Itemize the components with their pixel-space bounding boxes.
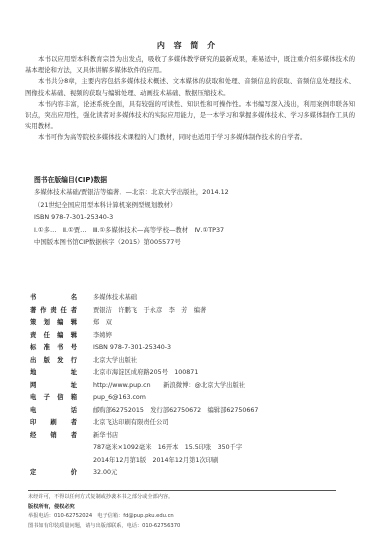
colophon-row: 经销者新华书店 [30, 430, 350, 443]
colophon-label-char: 策 [30, 317, 36, 330]
colophon-label: 标准书号 [30, 342, 77, 355]
colophon-label-char: 辑 [71, 317, 77, 330]
colophon-label-char: 书 [30, 292, 36, 305]
colophon-label-char: 责 [30, 330, 36, 343]
intro-paragraph: 本书以应用型本科教育宗旨为出发点，吸收了多媒体教学研究的最新成果，难易适中，既注… [25, 54, 355, 76]
colophon-label-char: 准 [44, 342, 50, 355]
colophon-label: 经销者 [30, 430, 77, 443]
colophon-label-char: 经 [30, 430, 36, 443]
colophon-value: 郑 双 [93, 317, 350, 330]
colophon-label-char: 信 [57, 392, 63, 405]
colophon-row: 责任编辑李娉婷 [30, 330, 350, 343]
colophon-label: 印刷者 [30, 417, 77, 430]
colophon-value: 邮购部62752015 发行部62750672 编辑部62750667 [93, 405, 350, 418]
colophon-row: 出版发行北京大学出版社 [30, 355, 350, 368]
colophon-value: ISBN 978-7-301-25340-3 [93, 342, 350, 355]
colophon-label-char: 著 [30, 305, 36, 318]
colophon-label-char: 地 [30, 367, 36, 380]
colophon-label-char: 任 [61, 305, 67, 318]
colophon-label-char: 行 [71, 355, 77, 368]
colophon-label: 地址 [30, 367, 77, 380]
colophon-label [30, 455, 77, 468]
colophon-value: http://www.pup.cn 新浪微博：@北京大学出版社 [93, 380, 350, 393]
colophon-label-char: 编 [57, 317, 63, 330]
colophon-row: 印刷者北京飞达印刷有限责任公司 [30, 417, 350, 430]
colophon-label: 定价 [30, 467, 77, 480]
colophon-label-char: 址 [71, 367, 77, 380]
copy-notice: 未经许可，不得以任何方式复制或抄袭本书之部分或全部内容。 [28, 493, 348, 503]
colophon-value: 北京飞达印刷有限责任公司 [93, 417, 350, 430]
colophon-label: 电子信箱 [30, 392, 77, 405]
colophon-label-char: 版 [44, 355, 50, 368]
rights-reserved: 版权所有，侵权必究 [28, 503, 348, 513]
intro-paragraph: 本书共分8章，主要内容包括多媒体技术概述、文本媒体的获取和处理、音频信息的获取、… [25, 76, 355, 98]
colophon-label [30, 442, 77, 455]
divider-line [28, 490, 336, 491]
colophon-label-char: 书 [57, 342, 63, 355]
colophon-label-char: 编 [57, 330, 63, 343]
colophon-value: 787毫米×1092毫米 16开本 15.5印张 350千字 [93, 442, 350, 455]
colophon-value: 北京大学出版社 [93, 355, 350, 368]
colophon-row: 定价32.00元 [30, 467, 350, 480]
cip-heading: 图书在版编目(CIP)数据 [34, 174, 354, 186]
colophon-label-char: 刷 [50, 417, 56, 430]
colophon-value: 32.00元 [93, 467, 350, 480]
colophon-label-char: 定 [30, 467, 36, 480]
colophon-label-char: 辑 [71, 330, 77, 343]
colophon-row: 网址http://www.pup.cn 新浪微博：@北京大学出版社 [30, 380, 350, 393]
colophon-label-char: 电 [30, 392, 36, 405]
colophon-label: 策划编辑 [30, 317, 77, 330]
colophon-value: 新华书店 [93, 430, 350, 443]
colophon-label-char: 发 [57, 355, 63, 368]
cip-line: Ⅰ.①多… Ⅱ.①贾… Ⅲ.①多媒体技术—高等学校—教材 Ⅳ.①TP37 [34, 224, 354, 236]
colophon-row: 书名多媒体技术基础 [30, 292, 350, 305]
colophon-label-char: 销 [50, 430, 56, 443]
colophon-label: 著作责任者 [30, 305, 77, 318]
colophon-label-char: 者 [71, 417, 77, 430]
colophon-row: 标准书号ISBN 978-7-301-25340-3 [30, 342, 350, 355]
colophon-row: 地址北京市海淀区成府路205号 100871 [30, 367, 350, 380]
colophon-label: 书名 [30, 292, 77, 305]
report-contact: 举报电话：010-62752024 电子信箱：fd@pup.pku.edu.cn [28, 512, 348, 522]
quality-contact: 图书如有印装质量问题，请与出版部联系，电话：010-62756370 [28, 522, 348, 532]
colophon-label-char: 责 [50, 305, 56, 318]
colophon-label-char: 址 [71, 380, 77, 393]
colophon-value: 北京市海淀区成府路205号 100871 [93, 367, 350, 380]
colophon-label-char: 名 [71, 292, 77, 305]
cip-line: 多媒体技术基础/贾银洁等编著．—北京：北京大学出版社，2014.12 [34, 186, 354, 198]
cip-line: ISBN 978-7-301-25340-3 [34, 211, 354, 223]
colophon-row: 电子信箱pup_6@163.com [30, 392, 350, 405]
colophon-row: 著作责任者贾银洁 许鹏飞 于永彦 李 芳 编著 [30, 305, 350, 318]
cip-line: 中国版本图书馆CIP数据核字（2015）第005577号 [34, 236, 354, 248]
colophon-label-char: 网 [30, 380, 36, 393]
footer-notice: 未经许可，不得以任何方式复制或抄袭本书之部分或全部内容。 版权所有，侵权必究 举… [28, 493, 348, 531]
book-copyright-page: 内 容 简 介 本书以应用型本科教育宗旨为出发点，吸收了多媒体教学研究的最新成果… [0, 0, 375, 550]
colophon-label: 出版发行 [30, 355, 77, 368]
colophon-row: 策划编辑郑 双 [30, 317, 350, 330]
intro-title: 内 容 简 介 [0, 40, 375, 51]
colophon: 书名多媒体技术基础著作责任者贾银洁 许鹏飞 于永彦 李 芳 编著策划编辑郑 双责… [30, 292, 350, 480]
colophon-label: 责任编辑 [30, 330, 77, 343]
colophon-value: 贾银洁 许鹏飞 于永彦 李 芳 编著 [93, 305, 350, 318]
intro-body: 本书以应用型本科教育宗旨为出发点，吸收了多媒体教学研究的最新成果，难易适中，既注… [25, 54, 355, 144]
colophon-value: 李娉婷 [93, 330, 350, 343]
colophon-label: 网址 [30, 380, 77, 393]
colophon-label-char: 子 [44, 392, 50, 405]
colophon-label-char: 者 [71, 305, 77, 318]
colophon-label-char: 划 [44, 317, 50, 330]
colophon-value: pup_6@163.com [93, 392, 350, 405]
colophon-label-char: 出 [30, 355, 36, 368]
colophon-value: 多媒体技术基础 [93, 292, 350, 305]
colophon-label-char: 任 [44, 330, 50, 343]
intro-paragraph: 本书内容丰富，论述系统全面，具有较强的可读性、知识性和可操作性。本书编写深入浅出… [25, 99, 355, 133]
colophon-row: 787毫米×1092毫米 16开本 15.5印张 350千字 [30, 442, 350, 455]
colophon-value: 2014年12月第1版 2014年12月第1次印刷 [93, 455, 350, 468]
colophon-row: 2014年12月第1版 2014年12月第1次印刷 [30, 455, 350, 468]
colophon-label-char: 作 [40, 305, 46, 318]
cip-line: （21世纪全国应用型本科计算机案例型规划教材） [34, 199, 354, 211]
colophon-label-char: 价 [71, 467, 77, 480]
colophon-label-char: 印 [30, 417, 36, 430]
colophon-label-char: 话 [71, 405, 77, 418]
colophon-label-char: 标 [30, 342, 36, 355]
colophon-row: 电话邮购部62752015 发行部62750672 编辑部62750667 [30, 405, 350, 418]
colophon-label-char: 号 [71, 342, 77, 355]
colophon-label-char: 者 [71, 430, 77, 443]
cip-data-block: 图书在版编目(CIP)数据 多媒体技术基础/贾银洁等编著．—北京：北京大学出版社… [34, 174, 354, 248]
intro-paragraph: 本书可作为高等院校多媒体技术课程的入门教材，同时也适用于学习多媒体制作技术的自学… [25, 132, 355, 143]
colophon-label-char: 箱 [71, 392, 77, 405]
colophon-label-char: 电 [30, 405, 36, 418]
colophon-label: 电话 [30, 405, 77, 418]
